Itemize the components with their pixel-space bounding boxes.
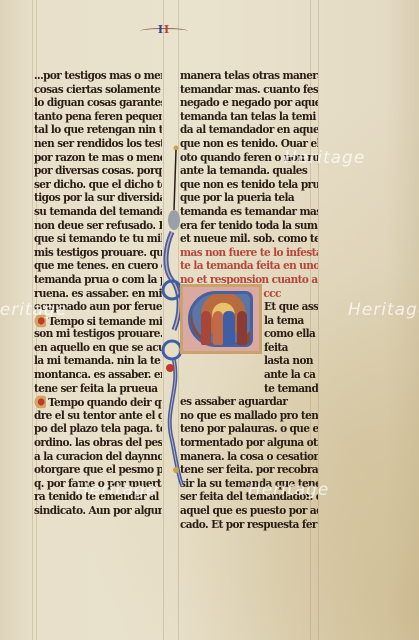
text-line: que me tenes. en cuero que la xyxy=(34,260,162,274)
text-line: mis testigos prouare. quia xyxy=(34,246,162,260)
text-line: que si temando te tu mil. et xyxy=(34,233,162,247)
text-line: cosas ciertas solamente q xyxy=(34,83,162,97)
text-line: tigos por la sur diversidat. o la xyxy=(34,192,162,206)
text-line: no que es mallado pro teno xyxy=(180,410,318,424)
figure-icon xyxy=(223,311,235,345)
text-line: la mi temanda. nin la te mi xyxy=(34,355,162,369)
text-line: teno por palauras. o que es xyxy=(180,423,318,437)
text-line: temandar mas. cuanto fes xyxy=(180,83,318,97)
text-line: po del plazo tela paga. tela xyxy=(34,423,162,437)
text-line: temanda prua o com la p xyxy=(34,274,162,288)
text-line: otorgare que el pesmo pez xyxy=(34,464,162,478)
text-line: tal lo que retengan nin te xyxy=(34,124,162,138)
folio-number-text: II xyxy=(158,23,170,36)
text-line: montanca. es assaber. en dona xyxy=(34,369,162,383)
text-line: te temanda xyxy=(180,382,318,396)
folio-number: II xyxy=(140,22,188,36)
text-line: son mi testigos prouare. ocor xyxy=(34,328,162,342)
text-line: ...por testigos mas o menos o xyxy=(34,70,162,84)
watermark: Heritage xyxy=(348,300,419,320)
watermark: Heritage xyxy=(76,480,157,500)
text-line: es assaber aguardar xyxy=(180,396,318,410)
text-line: tanto pena feren pequena. en xyxy=(34,110,162,124)
text-line: nen ser rendidos los testigos xyxy=(34,138,162,152)
text-line: que por la pueria tela xyxy=(180,192,318,206)
watermark: Heritage xyxy=(248,480,329,500)
text-line: a la curacion del daynno. si xyxy=(34,450,162,464)
text-line: en aquello en que se acuerda xyxy=(34,342,162,356)
manuscript-page: II ...por testigos mas o menos o cosas c… xyxy=(0,0,419,640)
text-line: dre el su tentor ante el que xyxy=(34,410,162,424)
text-line: tene ser feita la prueua xyxy=(34,382,162,396)
text-line: temanda es temandar mas xyxy=(180,206,318,220)
text-line: negado e negado por aquel q xyxy=(180,97,318,111)
text-line: non deue ser refusado. Por xyxy=(34,219,162,233)
text-line: su temanda del temandador xyxy=(34,206,162,220)
text-line: lo diguan cosas garantes xyxy=(34,97,162,111)
text-line: que non es tenido tela prueva xyxy=(180,178,318,192)
decorated-initial-icon xyxy=(34,396,46,409)
text-line: sindicato. Aun por alguno xyxy=(34,505,162,519)
text-line: lasta non xyxy=(180,355,318,369)
figure-icon xyxy=(213,311,223,345)
ruling-line xyxy=(32,0,33,640)
text-line-initial: Tempo quando deir que pem xyxy=(34,396,162,410)
text-line: temanda tan telas la temi xyxy=(180,110,318,124)
text-line: era fer tenido toda la suma xyxy=(180,219,318,233)
text-line: manera. la cosa o cesation xyxy=(180,450,318,464)
text-line-content: Tempo quando deir que pem xyxy=(48,397,162,410)
rubric-line: mas non fuere te lo infestar xyxy=(180,246,318,260)
text-line: tormentado por alguna otra xyxy=(180,437,318,451)
figure-icon xyxy=(201,311,211,345)
historiated-initial xyxy=(180,284,262,354)
left-text-column: ...por testigos mas o menos o cosas cier… xyxy=(34,70,162,519)
text-line: por diversas cosas. porque ten xyxy=(34,165,162,179)
rubric-line: te la temanda feita en uno xyxy=(180,260,318,274)
text-line: cado. Et por respuesta fer xyxy=(180,518,318,532)
text-line: ante la ca xyxy=(180,369,318,383)
text-line: por razon te mas o menos o xyxy=(34,151,162,165)
text-line: da al temandador en aquello xyxy=(180,124,318,138)
text-line: ser dicho. que el dicho telos tes xyxy=(34,178,162,192)
watermark: Heritage xyxy=(0,300,67,320)
text-line: ordino. las obras del pesmo xyxy=(34,437,162,451)
text-line: aquel que es puesto por aduo xyxy=(180,505,318,519)
ruling-line xyxy=(318,0,319,640)
text-line: manera telas otras maneras xyxy=(180,70,318,84)
text-line: et nueue mil. sob. como tes xyxy=(180,233,318,247)
text-line: tene ser feita. por recobrar co xyxy=(180,464,318,478)
figure-icon xyxy=(237,311,247,345)
watermark: Heritage xyxy=(284,148,365,168)
